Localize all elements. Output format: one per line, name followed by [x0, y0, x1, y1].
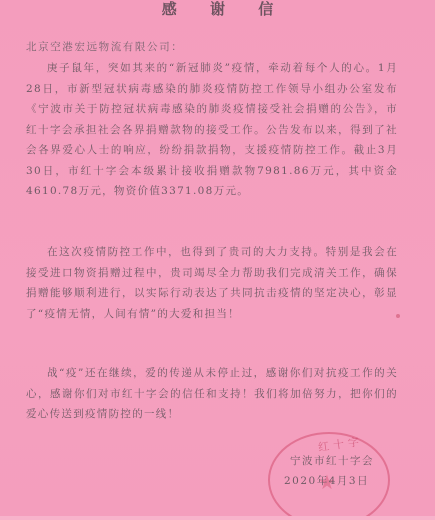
signature-organization: 宁波市红十字会 [290, 451, 374, 471]
letter-salutation: 北京空港宏远物流有限公司： [26, 40, 183, 54]
letter-paragraph-3: 战“疫”还在继续，爱的传递从未停止过，感谢你们对抗疫工作的关心，感谢你们对市红十… [26, 363, 398, 425]
paragraph-text: 在这次疫情防控工作中，也得到了贵司的大力支持。特别是我会在接受进口物资捐赠过程中… [26, 242, 398, 324]
letter-paragraph-2: 在这次疫情防控工作中，也得到了贵司的大力支持。特别是我会在接受进口物资捐赠过程中… [26, 242, 398, 324]
signature-date: 2020年4月3日 [284, 471, 374, 491]
paragraph-text: 战“疫”还在继续，爱的传递从未停止过，感谢你们对抗疫工作的关心，感谢你们对市红十… [26, 363, 398, 425]
letter-title: 感 谢 信 [0, 0, 435, 18]
letter-paragraph-1: 庚子鼠年，突如其来的“新冠肺炎”疫情，牵动着每个人的心。1月28日，市新型冠状病… [26, 58, 398, 202]
paragraph-text: 庚子鼠年，突如其来的“新冠肺炎”疫情，牵动着每个人的心。1月28日，市新型冠状病… [26, 58, 398, 202]
paper-speck [396, 314, 400, 318]
thank-you-letter-page: 感 谢 信 北京空港宏远物流有限公司： 庚子鼠年，突如其来的“新冠肺炎”疫情，牵… [0, 0, 435, 520]
letter-signature: 宁波市红十字会 2020年4月3日 [290, 451, 374, 491]
paper-bottom-edge [0, 516, 435, 520]
